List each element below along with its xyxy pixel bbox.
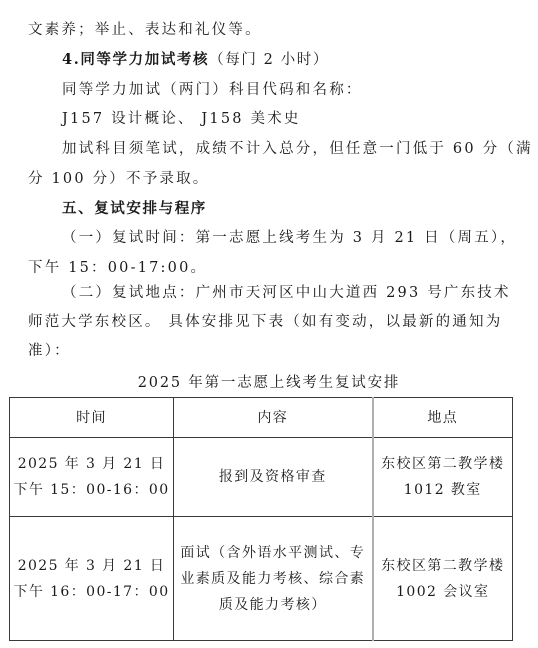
schedule-table: 时间 内容 地点 2025 年 3 月 21 日 下午 15：00-16：00 … — [9, 397, 513, 641]
exam-rule-line-2: 分 100 分）不予录取。 — [28, 169, 210, 189]
paragraph-continuation: 文素养；举止、表达和礼仪等。 — [28, 20, 262, 40]
table-caption: 2025 年第一志愿上线考生复试安排 — [0, 373, 538, 393]
location-cell: 东校区第二教学楼 1002 会议室 — [373, 517, 513, 641]
location-building: 东校区第二教学楼 — [376, 451, 511, 477]
table-row: 2025 年 3 月 21 日 下午 15：00-16：00 报到及资格审查 东… — [10, 438, 513, 517]
time-date: 2025 年 3 月 21 日 — [12, 553, 171, 579]
section-4-title: 4.同等学力加试考核 — [62, 51, 209, 68]
section-4-heading: 4.同等学力加试考核（每门 2 小时） — [62, 50, 329, 70]
time-date: 2025 年 3 月 21 日 — [12, 451, 171, 477]
location-cell: 东校区第二教学楼 1012 教室 — [373, 438, 513, 517]
table-header-row: 时间 内容 地点 — [10, 398, 513, 438]
retest-time-line-2: 下午 15：00-17:00。 — [28, 258, 207, 278]
retest-location-line-2: 师范大学东校区。 具体安排见下表（如有变动，以最新的通知为 — [28, 312, 502, 332]
header-time: 时间 — [10, 398, 174, 438]
time-range: 下午 15：00-16：00 — [12, 477, 171, 503]
content-cell: 面试（含外语水平测试、专业素质及能力考核、综合素质及能力考核） — [174, 517, 373, 641]
content-cell: 报到及资格审查 — [174, 438, 373, 517]
time-range: 下午 16：00-17：00 — [12, 579, 171, 605]
retest-location-line-3: 准）： — [28, 341, 71, 361]
exam-subjects-label: 同等学力加试（两门）科目代码和名称： — [62, 80, 363, 100]
location-room: 1002 会议室 — [376, 579, 511, 605]
time-cell: 2025 年 3 月 21 日 下午 16：00-17：00 — [10, 517, 174, 641]
retest-time-line-1: （一）复试时间：第一志愿上线考生为 3 月 21 日（周五）， — [62, 228, 517, 248]
retest-location-line-1: （二）复试地点：广州市天河区中山大道西 293 号广东技术 — [62, 283, 511, 303]
section-4-note: （每门 2 小时） — [209, 52, 329, 68]
location-building: 东校区第二教学楼 — [376, 553, 511, 579]
exam-rule-line-1: 加试科目须笔试，成绩不计入总分，但任意一门低于 60 分（满 — [62, 139, 533, 159]
header-content: 内容 — [174, 398, 373, 438]
table-row: 2025 年 3 月 21 日 下午 16：00-17：00 面试（含外语水平测… — [10, 517, 513, 641]
section-5-heading: 五、复试安排与程序 — [62, 199, 207, 219]
time-cell: 2025 年 3 月 21 日 下午 15：00-16：00 — [10, 438, 174, 517]
location-room: 1012 教室 — [376, 477, 511, 503]
header-location: 地点 — [373, 398, 513, 438]
exam-subjects-list: J157 设计概论、 J158 美术史 — [62, 109, 301, 129]
